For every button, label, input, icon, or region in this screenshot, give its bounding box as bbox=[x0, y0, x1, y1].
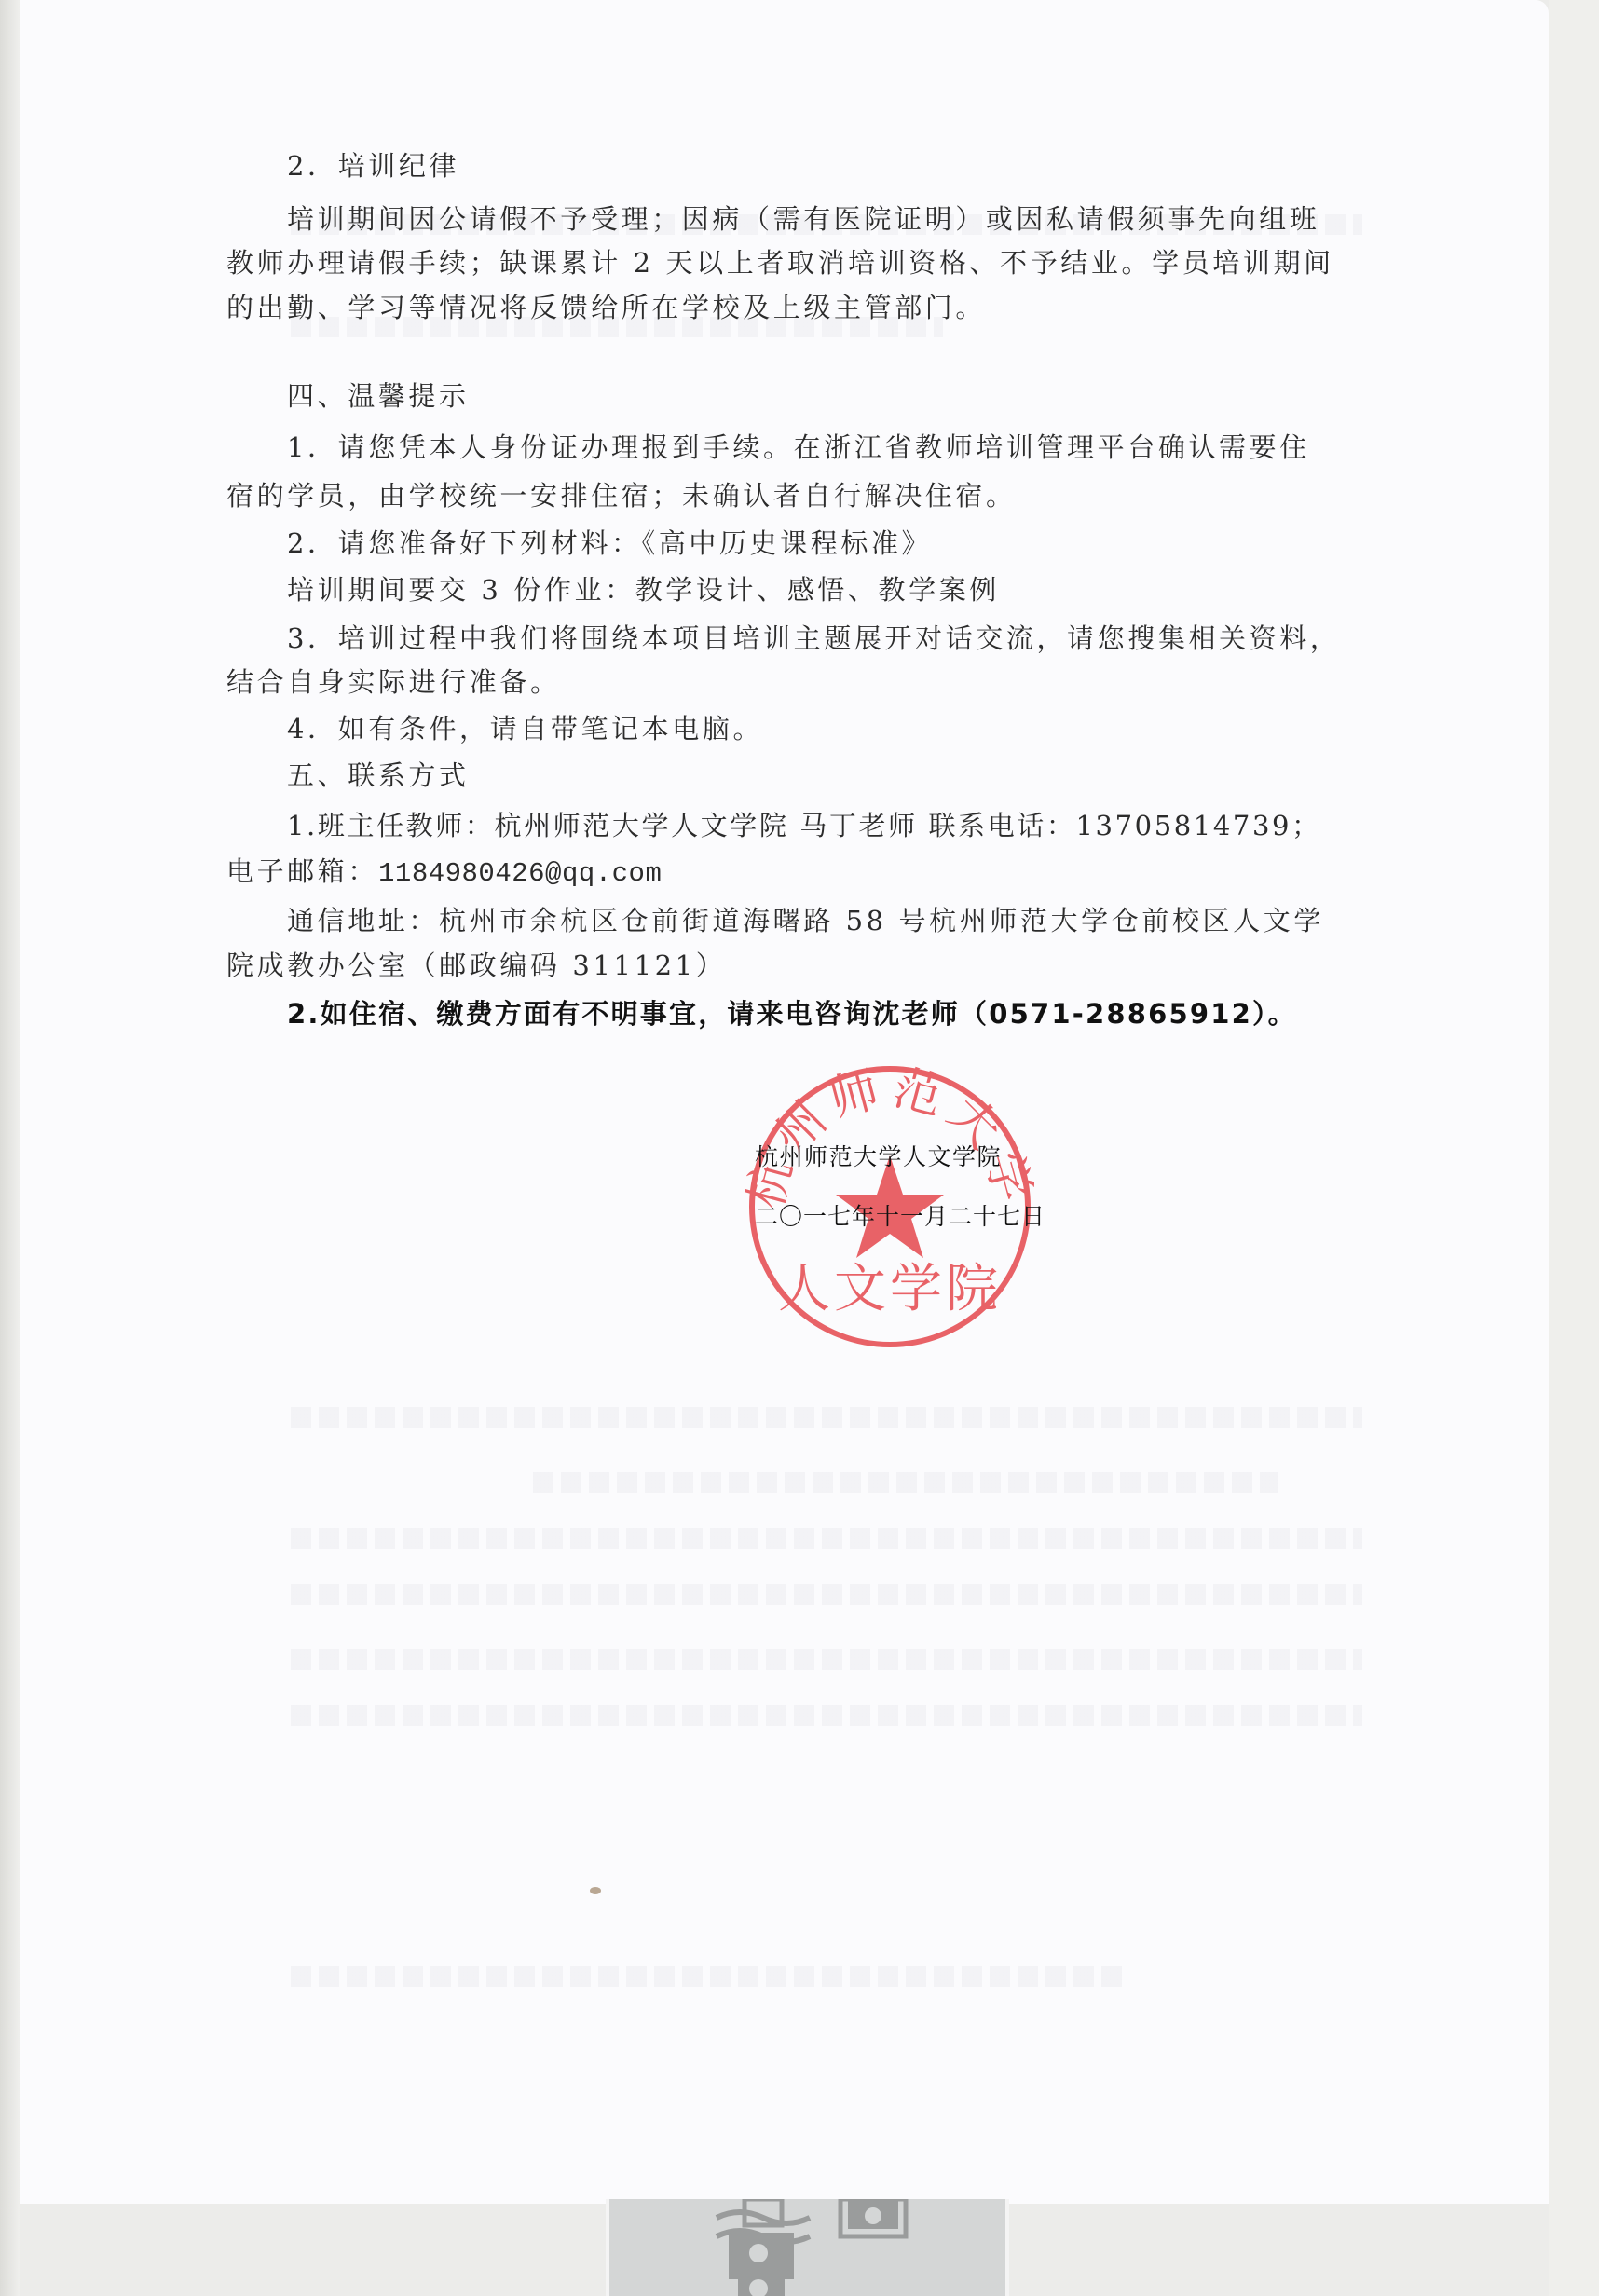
bleed-through-text bbox=[533, 1472, 1278, 1493]
paragraph-line: 教师办理请假手续；缺课累计 2 天以上者取消培训资格、不予结业。学员培训期间 bbox=[226, 244, 1334, 281]
tip-item-1-cont: 宿的学员，由学校统一安排住宿；未确认者自行解决住宿。 bbox=[226, 477, 1017, 514]
section-heading-tips: 四、温馨提示 bbox=[287, 377, 470, 415]
scanner-mat bbox=[606, 2199, 1009, 2296]
tip-item-2: 2．请您准备好下列材料：《高中历史课程标准》 bbox=[287, 525, 932, 562]
scanner-left-edge bbox=[0, 0, 20, 2296]
email-row: 电子邮箱：1184980426@qq.com bbox=[226, 853, 662, 893]
paragraph-line: 的出勤、学习等情况将反馈给所在学校及上级主管部门。 bbox=[226, 289, 986, 326]
paper-speck bbox=[590, 1887, 601, 1894]
address-line: 通信地址：杭州市余杭区仓前街道海曙路 58 号杭州师范大学仓前校区人文学 bbox=[287, 902, 1324, 939]
email-label: 电子邮箱： bbox=[226, 855, 378, 887]
paragraph-line: 培训期间因公请假不予受理；因病（需有医院证明）或因私请假须事先向组班 bbox=[287, 200, 1319, 238]
bleed-through-text bbox=[291, 1966, 1129, 1987]
address-line-cont: 院成教办公室（邮政编码 311121） bbox=[226, 947, 726, 984]
bleed-through-text bbox=[291, 1407, 1362, 1428]
bleed-through-text bbox=[291, 1528, 1362, 1549]
tip-item-4: 4．如有条件，请自带笔记本电脑。 bbox=[287, 710, 763, 747]
accommodation-contact-notice: 2.如住宿、缴费方面有不明事宜，请来电咨询沈老师（0571-28865912）。 bbox=[287, 995, 1297, 1032]
bleed-through-text bbox=[291, 1584, 1362, 1605]
tip-item-1: 1．请您凭本人身份证办理报到手续。在浙江省教师培训管理平台确认需要住 bbox=[287, 429, 1310, 466]
section-heading-training-discipline: 2．培训纪律 bbox=[287, 147, 459, 184]
film-strip-icon bbox=[609, 2199, 1005, 2296]
bleed-through-text bbox=[291, 1705, 1362, 1726]
tip-item-3: 3．培训过程中我们将围绕本项目培训主题展开对话交流，请您搜集相关资料， bbox=[287, 620, 1340, 657]
contact-teacher-line: 1.班主任教师：杭州师范大学人文学院 马丁老师 联系电话：13705814739… bbox=[287, 807, 1321, 844]
email-address[interactable]: 1184980426@qq.com bbox=[378, 858, 662, 889]
signature-organization: 杭州师范大学人文学院 bbox=[755, 1142, 1002, 1172]
bleed-through-text bbox=[291, 1649, 1362, 1670]
scanner-right-edge bbox=[1549, 0, 1599, 2296]
section-heading-contact: 五、联系方式 bbox=[287, 757, 470, 794]
tip-item-3-cont: 结合自身实际进行准备。 bbox=[226, 663, 561, 701]
tip-item-2-homework: 培训期间要交 3 份作业：教学设计、感悟、教学案例 bbox=[287, 571, 1000, 608]
stamp-bottom-text: 人文学院 bbox=[778, 1259, 1002, 1319]
signature-date: 二〇一七年十一月二十七日 bbox=[755, 1202, 1045, 1232]
